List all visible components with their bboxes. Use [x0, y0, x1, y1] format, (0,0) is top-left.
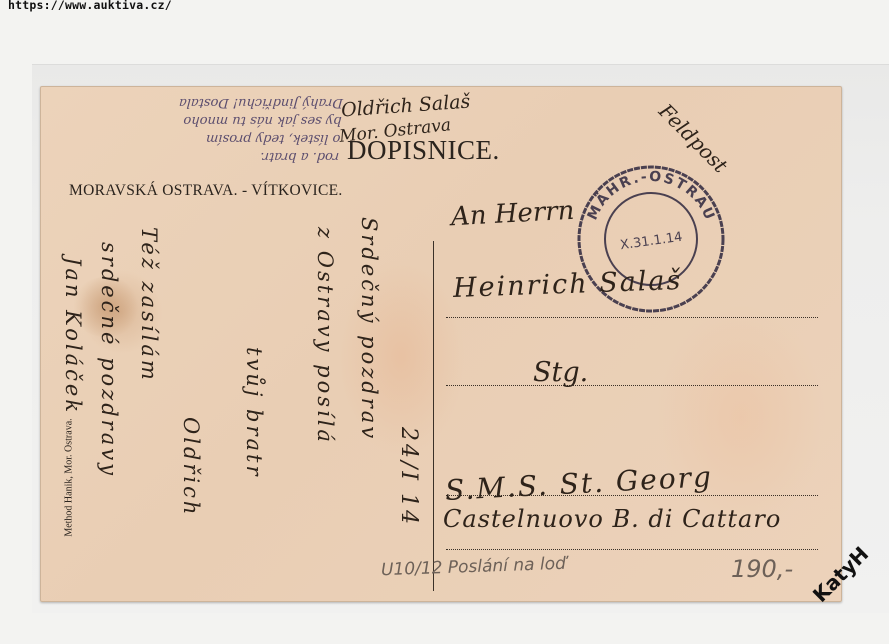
recipient-salutation: An Herrn: [450, 196, 575, 232]
address-line: [446, 385, 818, 386]
message-line: Též zasílám: [137, 227, 161, 383]
pencil-note: U10/12 Poslání na loď: [381, 554, 566, 580]
message-line: Srdečný pozdrav: [357, 217, 381, 441]
postmark-ring-text: MÄHR.-OSTRAU: [585, 169, 718, 224]
address-line: [446, 317, 818, 318]
sender-name: Oldřich Salaš: [340, 91, 471, 122]
recipient-city: Castelnuovo B. di Cattaro: [443, 505, 781, 533]
upside-note-line: Drahý Jindřichu! Dostala: [42, 93, 343, 111]
message-line: Oldřich: [179, 417, 203, 517]
upside-note-line: by ses jak nás tu mnoho: [41, 111, 342, 129]
message-line: tvůj bratr: [242, 347, 266, 479]
upside-down-note: rod. a bratr. o lístek, tedy prosím by s…: [40, 93, 344, 165]
card-subtitle: MORAVSKÁ OSTRAVA. - VÍTKOVICE.: [69, 182, 343, 200]
message-line: srdečné pozdravy: [97, 242, 121, 478]
message-date: 24/I 14: [396, 427, 421, 527]
svg-text:MÄHR.-OSTRAU: MÄHR.-OSTRAU: [585, 169, 718, 224]
postcard: rod. a bratr. o lístek, tedy prosím by s…: [40, 86, 842, 602]
pencil-price: 190,-: [731, 555, 793, 583]
publisher-imprint: Method Hanik, Mor. Ostrava.: [64, 408, 75, 548]
recipient-ship: S.M.S. St. Georg: [444, 460, 713, 507]
source-url: https://www.auktiva.cz/: [8, 0, 172, 12]
upside-note-line: rod. a bratr.: [40, 147, 340, 165]
address-line: [446, 549, 818, 550]
recipient-rank: Stg.: [533, 357, 588, 388]
message-line: z Ostravy posílá: [313, 227, 337, 445]
address-divider: [433, 241, 434, 591]
card-title: DOPISNICE.: [347, 135, 500, 166]
upside-note-line: o lístek, tedy prosím: [40, 129, 341, 147]
postmark-date: X.31.1.14: [619, 230, 683, 254]
message-line: Jan Koláček: [61, 257, 85, 415]
